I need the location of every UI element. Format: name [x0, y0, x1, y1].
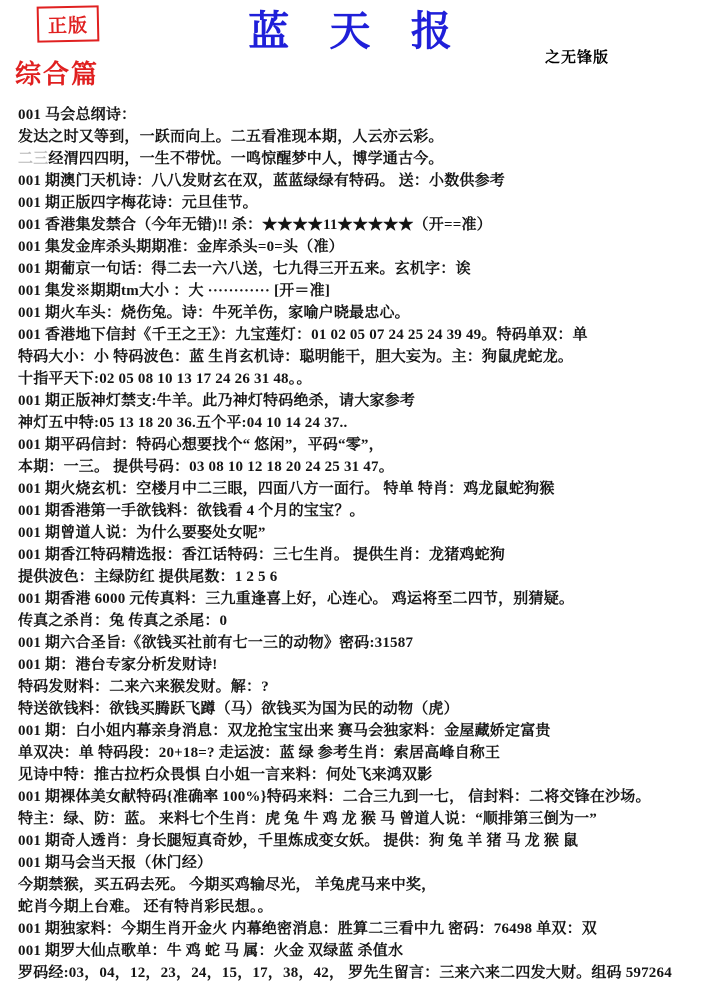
line-text: 001 期火车头：烧伤兔。诗：牛死羊伤，家喻户晓最忠心。 [18, 305, 410, 321]
text-line: 传真之杀肖：兔 传真之杀尾：0 [18, 610, 700, 632]
faded-text: 二三 [18, 151, 48, 167]
text-line: 十指平天下:02 05 08 10 13 17 24 26 31 48。。 [18, 368, 700, 390]
text-line: 单双决：单 特码段：20+18=? 走运波：蓝 绿 参考生肖：索居高峰自称王 [18, 742, 700, 764]
line-text: 001 期独家料：今期生肖开金火 内幕绝密消息：胜算二三看中九 密码：76498… [18, 921, 597, 937]
text-line: 今期禁猴，买五码去死。 今期买鸡输尽光， 羊兔虎马来中奖， [18, 874, 700, 896]
text-line: 001 香港集发禁合（今年无错)!! 杀：★★★★11★★★★★（开==准） [18, 214, 700, 236]
text-line: 001 期葡京一句话：得二去一六八送，七九得三开五来。玄机字：诶 [18, 258, 700, 280]
text-line: 罗码经:03，04，12，23，24，15，17，38，42， 罗先生留言：三来… [18, 962, 700, 984]
text-line: 001 期火车头：烧伤兔。诗：牛死羊伤，家喻户晓最忠心。 [18, 302, 700, 324]
line-text: 发达之时又等到，一跃而向上。二五看准现本期，人云亦云彩。 [18, 129, 444, 145]
lottery-report-page: 正版 蓝 天 报 之无锋版 综合篇 001 马会总纲诗：发达之时又等到，一跃而向… [0, 0, 702, 997]
line-text: 001 期罗大仙点歌单：牛 鸡 蛇 马 属：火金 双绿蓝 杀值水 [18, 943, 403, 959]
text-line: 001 集发金库杀头期期准：金库杀头=0=头（准） [18, 236, 700, 258]
edition-label: 之无锋版 [545, 46, 609, 67]
text-line: 001 期奇人透肖：身长腿短真奇妙，千里炼成变女妖。 提供：狗 兔 羊 猪 马 … [18, 830, 700, 852]
text-line: 神灯五中特:05 13 18 20 36.五个平:04 10 14 24 37.… [18, 412, 700, 434]
line-text: 001 集发※期期tm大小 ：大 ············ [开＝准] [18, 283, 330, 299]
text-line: 001 期六合圣旨:《欲钱买社前有七一三的动物》密码:31587 [18, 632, 700, 654]
text-line: 特码发财料：二来六来猴发财。解：? [18, 676, 700, 698]
line-text: 特主：绿、防：蓝。 来料七个生肖：虎 兔 牛 鸡 龙 猴 马 曾道人说：“顺排第… [18, 811, 597, 827]
text-line: 特主：绿、防：蓝。 来料七个生肖：虎 兔 牛 鸡 龙 猴 马 曾道人说：“顺排第… [18, 808, 700, 830]
text-line: 001 期香港第一手欲钱料：欲钱看 4 个月的宝宝？。 [18, 500, 700, 522]
body-text: 001 马会总纲诗：发达之时又等到，一跃而向上。二五看准现本期，人云亦云彩。二三… [18, 104, 700, 984]
text-line: 001 期独家料：今期生肖开金火 内幕绝密消息：胜算二三看中九 密码：76498… [18, 918, 700, 940]
line-text: 蛇肖今期上台难。 还有特肖彩民想。。 [18, 899, 273, 915]
line-text: 十指平天下:02 05 08 10 13 17 24 26 31 48。。 [18, 371, 312, 387]
line-text: 001 期：白小姐内幕亲身消息：双龙抢宝宝出来 赛马会独家料：金屋藏娇定富贵 [18, 723, 551, 739]
text-line: 001 香港地下信封《千王之王》：九宝莲灯：01 02 05 07 24 25 … [18, 324, 700, 346]
line-text: 001 期裸体美女献特码{准确率 100%}特码来料：二合三九到一七， 信封料：… [18, 789, 651, 805]
line-text: 见诗中特：推古拉朽众畏惧 白小姐一言来料：何处飞来鸿双影 [18, 767, 432, 783]
text-line: 发达之时又等到，一跃而向上。二五看准现本期，人云亦云彩。 [18, 126, 700, 148]
text-line: 001 马会总纲诗： [18, 104, 700, 126]
text-line: 001 期香港 6000 元传真料：三九重逢喜上好，心连心。 鸡运将至二四节，别… [18, 588, 700, 610]
text-line: 001 期：港台专家分析发财诗! [18, 654, 700, 676]
line-text: 001 期香港 6000 元传真料：三九重逢喜上好，心连心。 鸡运将至二四节，别… [18, 591, 574, 607]
line-text: 特码发财料：二来六来猴发财。解：? [18, 679, 269, 695]
text-line: 001 期：白小姐内幕亲身消息：双龙抢宝宝出来 赛马会独家料：金屋藏娇定富贵 [18, 720, 700, 742]
line-text: 本期：一三。 提供号码：03 08 10 12 18 20 24 25 31 4… [18, 459, 394, 475]
text-line: 001 期澳门天机诗：八八发财玄在双，蓝蓝绿绿有特码。 送：小数供参考 [18, 170, 700, 192]
text-line: 见诗中特：推古拉朽众畏惧 白小姐一言来料：何处飞来鸿双影 [18, 764, 700, 786]
section-title: 综合篇 [15, 54, 99, 91]
line-text: 001 期马会当天报（休门经） [18, 855, 212, 871]
line-text: 单双决：单 特码段：20+18=? 走运波：蓝 绿 参考生肖：索居高峰自称王 [18, 745, 500, 761]
text-line: 本期：一三。 提供号码：03 08 10 12 18 20 24 25 31 4… [18, 456, 700, 478]
line-text: 001 期正版四字梅花诗：元旦佳节。 [18, 195, 258, 211]
line-text: 001 期火烧玄机：空楼月中二三眼，四面八方一面行。 特单 特肖：鸡龙鼠蛇狗猴 [18, 481, 555, 497]
text-line: 001 期裸体美女献特码{准确率 100%}特码来料：二合三九到一七， 信封料：… [18, 786, 700, 808]
text-line: 001 期香江特码精选报：香江话特码：三七生肖。 提供生肖：龙猪鸡蛇狗 [18, 544, 700, 566]
text-line: 特送欲钱料：欲钱买腾跃飞蹲（马）欲钱买为国为民的动物（虎） [18, 698, 700, 720]
text-line: 001 期马会当天报（休门经） [18, 852, 700, 874]
text-line: 二三经渭四四明，一生不带忧。一鸣惊醒梦中人，博学通古今。 [18, 148, 700, 170]
line-text: 001 期六合圣旨:《欲钱买社前有七一三的动物》密码:31587 [18, 635, 413, 651]
text-line: 特码大小：小 特码波色：蓝 生肖玄机诗：聪明能干，胆大妄为。主：狗鼠虎蛇龙。 [18, 346, 700, 368]
line-text: 001 马会总纲诗： [18, 107, 136, 123]
text-line: 001 期正版神灯禁支:牛羊。此乃神灯特码绝杀，请大家参考 [18, 390, 700, 412]
line-text: 001 集发金库杀头期期准：金库杀头=0=头（准） [18, 239, 344, 255]
text-line: 提供波色：主绿防红 提供尾数：1 2 5 6 [18, 566, 700, 588]
text-line: 001 期平码信封：特码心想要找个“ 悠闲”，平码“零”， [18, 434, 700, 456]
line-text: 001 期葡京一句话：得二去一六八送，七九得三开五来。玄机字：诶 [18, 261, 471, 277]
line-text: 001 香港地下信封《千王之王》：九宝莲灯：01 02 05 07 24 25 … [18, 327, 588, 343]
text-line: 蛇肖今期上台难。 还有特肖彩民想。。 [18, 896, 700, 918]
line-text: 001 期香江特码精选报：香江话特码：三七生肖。 提供生肖：龙猪鸡蛇狗 [18, 547, 505, 563]
line-text: 特码大小：小 特码波色：蓝 生肖玄机诗：聪明能干，胆大妄为。主：狗鼠虎蛇龙。 [18, 349, 573, 365]
line-text: 001 期澳门天机诗：八八发财玄在双，蓝蓝绿绿有特码。 送：小数供参考 [18, 173, 505, 189]
line-text: 001 期曾道人说：为什么要娶处女呢” [18, 525, 266, 541]
text-line: 001 期火烧玄机：空楼月中二三眼，四面八方一面行。 特单 特肖：鸡龙鼠蛇狗猴 [18, 478, 700, 500]
line-text: 罗码经:03，04，12，23，24，15，17，38，42， 罗先生留言：三来… [18, 965, 672, 981]
line-text: 神灯五中特:05 13 18 20 36.五个平:04 10 14 24 37.… [18, 415, 347, 431]
line-text: 经渭四四明，一生不带忧。一鸣惊醒梦中人，博学通古今。 [48, 151, 443, 167]
line-text: 001 香港集发禁合（今年无错)!! 杀：★★★★11★★★★★（开==准） [18, 217, 492, 233]
text-line: 001 集发※期期tm大小 ：大 ············ [开＝准] [18, 280, 700, 302]
text-line: 001 期曾道人说：为什么要娶处女呢” [18, 522, 700, 544]
line-text: 传真之杀肖：兔 传真之杀尾：0 [18, 613, 227, 629]
line-text: 特送欲钱料：欲钱买腾跃飞蹲（马）欲钱买为国为民的动物（虎） [18, 701, 459, 717]
line-text: 001 期奇人透肖：身长腿短真奇妙，千里炼成变女妖。 提供：狗 兔 羊 猪 马 … [18, 833, 578, 849]
line-text: 提供波色：主绿防红 提供尾数：1 2 5 6 [18, 569, 277, 585]
text-line: 001 期正版四字梅花诗：元旦佳节。 [18, 192, 700, 214]
line-text: 001 期：港台专家分析发财诗! [18, 657, 217, 673]
text-line: 001 期罗大仙点歌单：牛 鸡 蛇 马 属：火金 双绿蓝 杀值水 [18, 940, 700, 962]
line-text: 001 期正版神灯禁支:牛羊。此乃神灯特码绝杀，请大家参考 [18, 393, 415, 409]
line-text: 001 期平码信封：特码心想要找个“ 悠闲”，平码“零”， [18, 437, 384, 453]
line-text: 今期禁猴，买五码去死。 今期买鸡输尽光， 羊兔虎马来中奖， [18, 877, 436, 893]
line-text: 001 期香港第一手欲钱料：欲钱看 4 个月的宝宝？。 [18, 503, 365, 519]
